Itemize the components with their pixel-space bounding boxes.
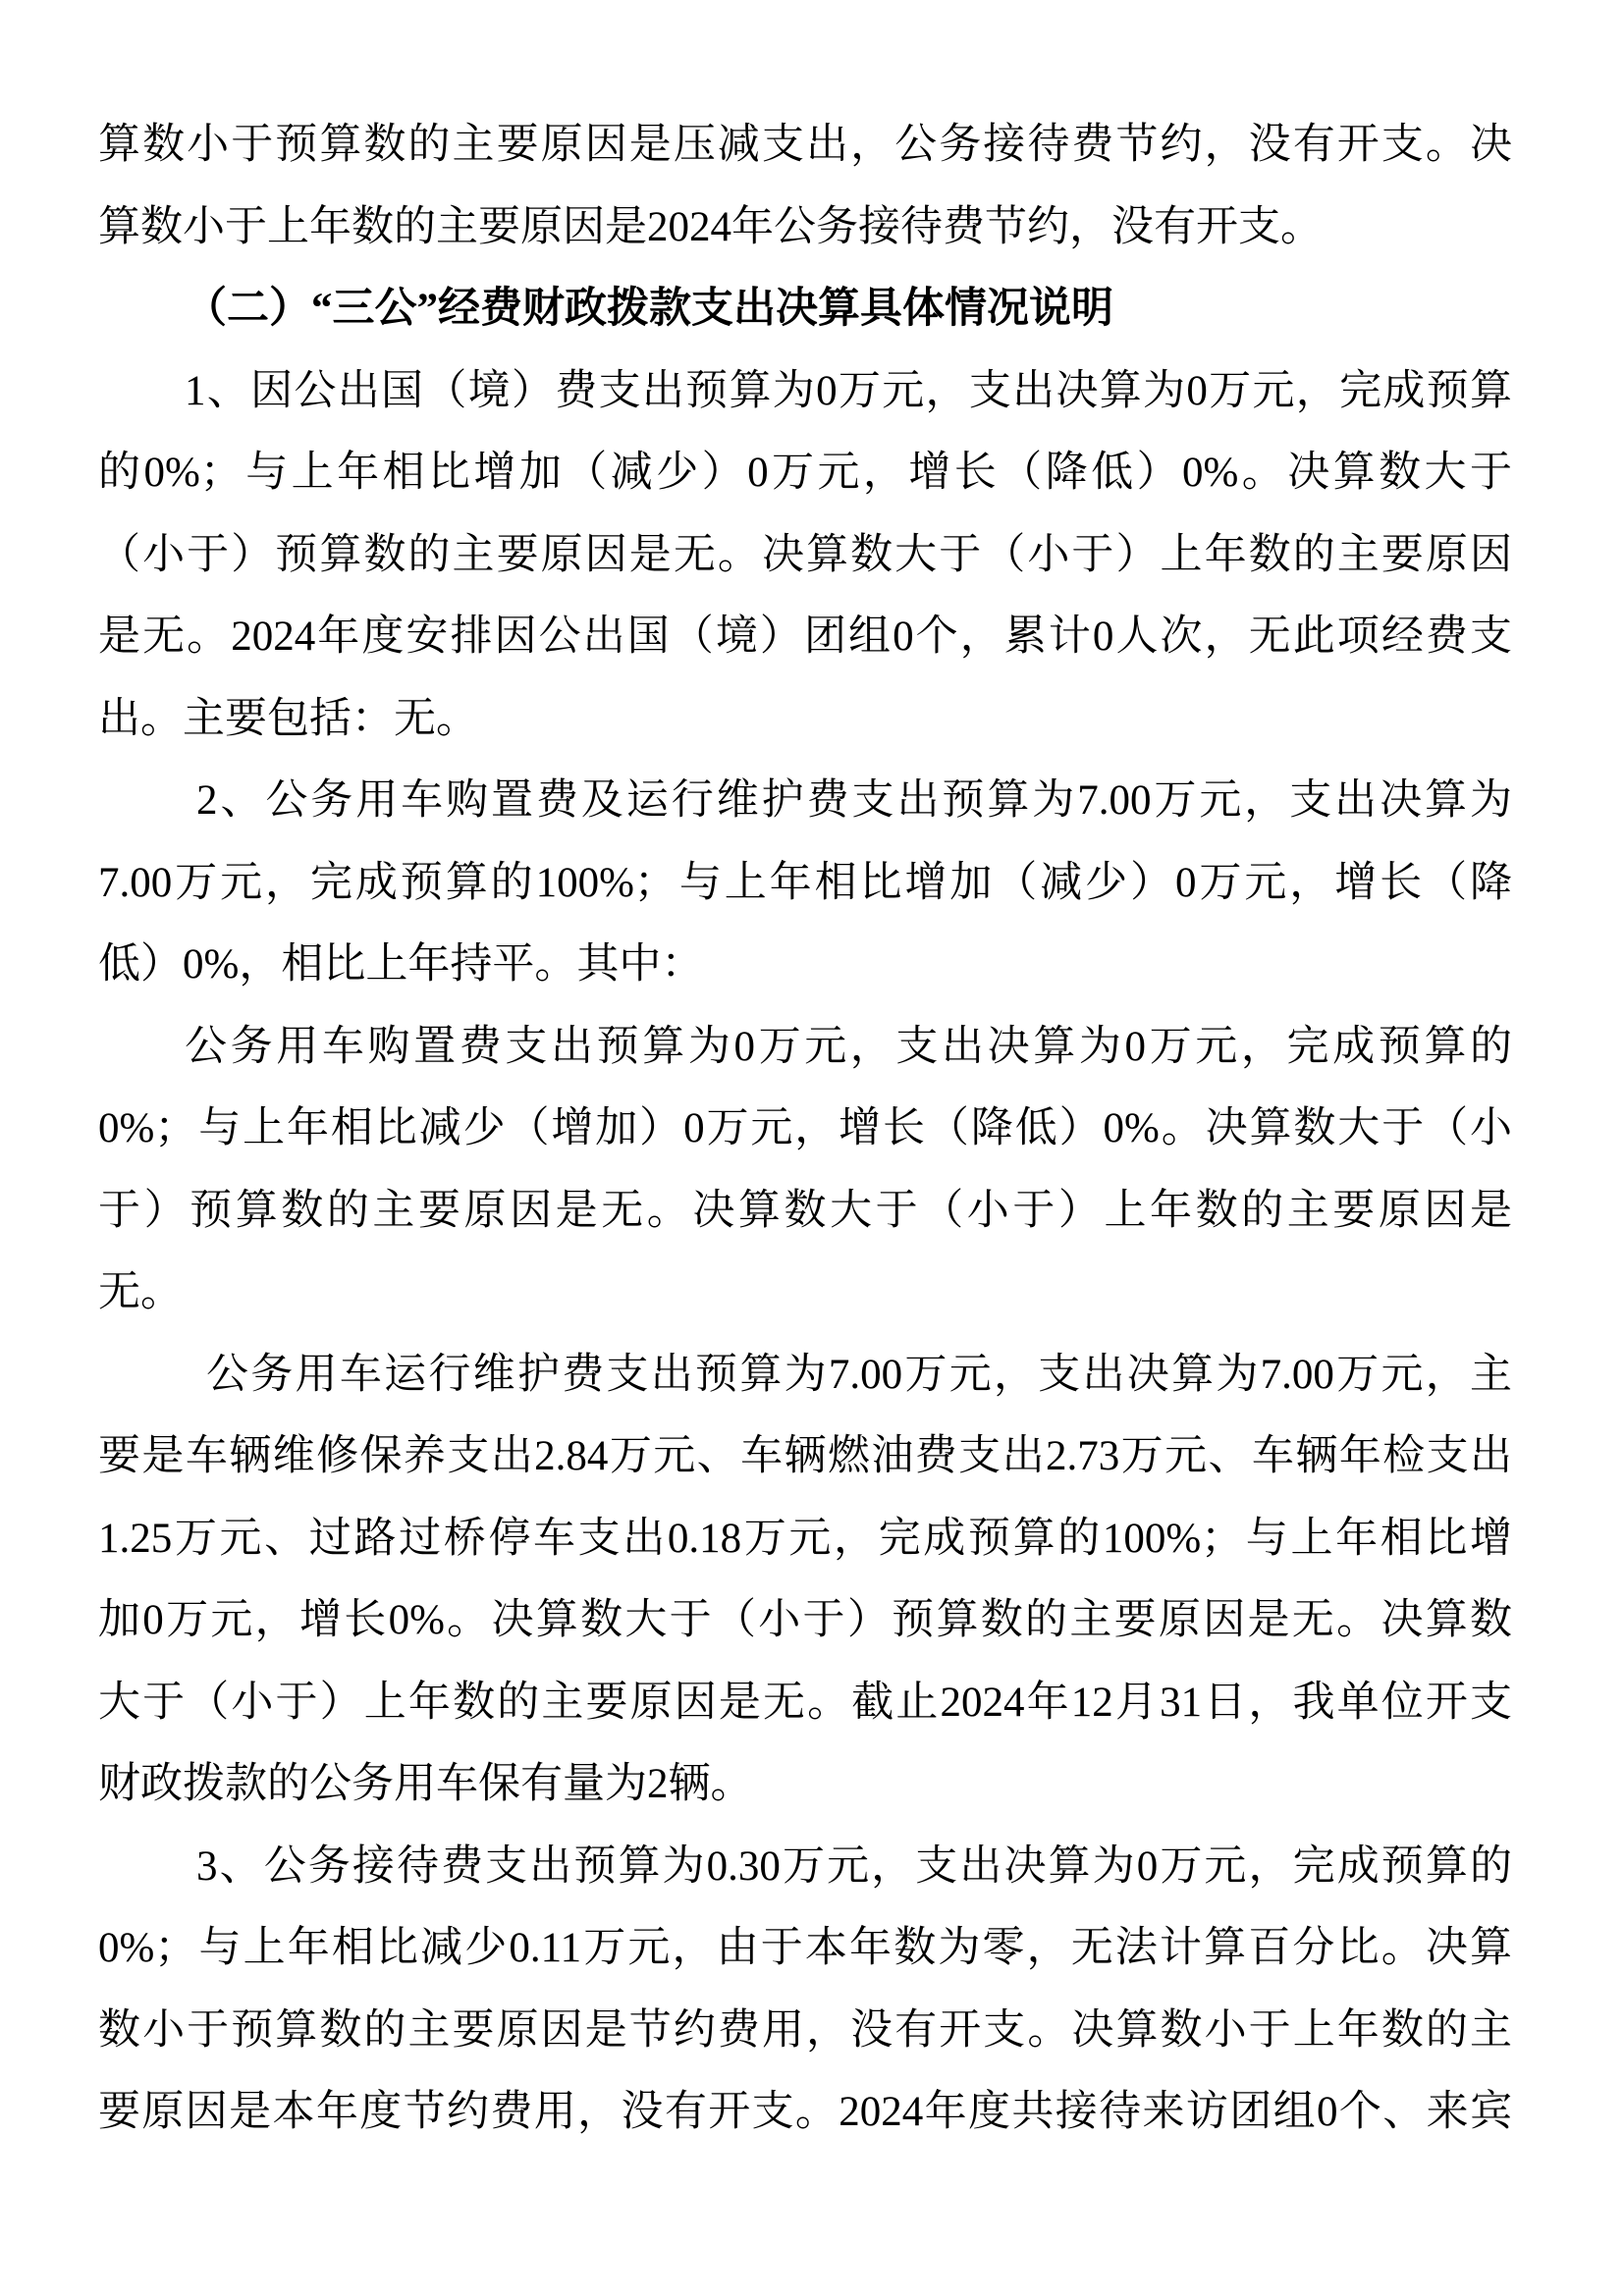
text-line: 1、因公出国（境）费支出预算为0万元，支出决算为0万元，完成预算	[98, 350, 1512, 433]
text-line: 7.00万元，完成预算的100%；与上年相比增加（减少）0万元，增长（降	[98, 842, 1512, 925]
text-line: 2、公务用车购置费及运行维护费支出预算为7.00万元，支出决算为	[98, 760, 1512, 842]
text-line: 于）预算数的主要原因是无。决算数大于（小于）上年数的主要原因是	[98, 1170, 1512, 1253]
text-line: 0%；与上年相比减少（增加）0万元，增长（降低）0%。决算数大于（小	[98, 1088, 1512, 1170]
document-page: 算数小于预算数的主要原因是压减支出，公务接待费节约，没有开支。决算数小于上年数的…	[0, 0, 1624, 2296]
text-line: 出。主要包括：无。	[98, 678, 1512, 761]
text-line: 要原因是本年度节约费用，没有开支。2024年度共接待来访团组0个、来宾	[98, 2071, 1512, 2154]
text-line: 算数小于预算数的主要原因是压减支出，公务接待费节约，没有开支。决	[98, 104, 1512, 187]
text-line: 0%；与上年相比减少0.11万元，由于本年数为零，无法计算百分比。决算	[98, 1907, 1512, 1990]
text-line: 是无。2024年度安排因公出国（境）团组0个，累计0人次，无此项经费支	[98, 596, 1512, 678]
text-line: 算数小于上年数的主要原因是2024年公务接待费节约，没有开支。	[98, 187, 1512, 269]
text-line: 公务用车购置费支出预算为0万元，支出决算为0万元，完成预算的	[98, 1006, 1512, 1089]
text-line: 公务用车运行维护费支出预算为7.00万元，支出决算为7.00万元，主	[98, 1334, 1512, 1416]
text-line: 要是车辆维修保养支出2.84万元、车辆燃油费支出2.73万元、车辆年检支出	[98, 1415, 1512, 1498]
text-line: 的0%；与上年相比增加（减少）0万元，增长（降低）0%。决算数大于	[98, 432, 1512, 514]
text-line: 数小于预算数的主要原因是节约费用，没有开支。决算数小于上年数的主	[98, 1990, 1512, 2072]
text-line: （小于）预算数的主要原因是无。决算数大于（小于）上年数的主要原因	[98, 514, 1512, 597]
section-heading: （二）“三公”经费财政拨款支出决算具体情况说明	[98, 268, 1512, 350]
text-block: 算数小于预算数的主要原因是压减支出，公务接待费节约，没有开支。决算数小于上年数的…	[98, 104, 1512, 2154]
text-line: 无。	[98, 1252, 1512, 1334]
text-line: 加0万元，增长0%。决算数大于（小于）预算数的主要原因是无。决算数	[98, 1579, 1512, 1662]
text-line: 低）0%，相比上年持平。其中：	[98, 924, 1512, 1006]
text-line: 财政拨款的公务用车保有量为2辆。	[98, 1743, 1512, 1826]
text-line: 1.25万元、过路过桥停车支出0.18万元，完成预算的100%；与上年相比增	[98, 1498, 1512, 1580]
text-line: 大于（小于）上年数的主要原因是无。截止2024年12月31日，我单位开支	[98, 1662, 1512, 1744]
text-line: 3、公务接待费支出预算为0.30万元，支出决算为0万元，完成预算的	[98, 1826, 1512, 1908]
